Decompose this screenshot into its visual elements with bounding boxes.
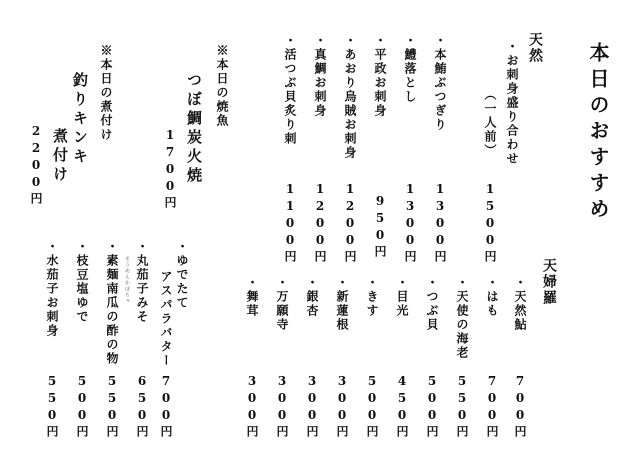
- furigana: そうめんかぼちゃ: [124, 256, 129, 304]
- menu-item-price: 550円: [106, 374, 118, 440]
- menu-item-name-2: アスパラバター: [160, 270, 172, 368]
- menu-item-price: 1300円: [434, 182, 446, 265]
- section-header-nitsuke: ※本日の煮付け: [100, 44, 112, 142]
- menu-item-price: 700円: [514, 374, 526, 440]
- menu-item-name: ・天然鮎: [514, 276, 526, 332]
- menu-item-price: 300円: [306, 374, 318, 440]
- section-header-yakizakana: ※本日の焼魚: [216, 44, 228, 128]
- menu-item-name: ・舞茸: [246, 276, 258, 318]
- menu-item-name: ・あおり烏賊お刺身: [344, 34, 356, 160]
- menu-item-price: 550円: [456, 374, 468, 440]
- menu-item-price: 1200円: [314, 182, 326, 265]
- menu-item-name: ・銀杏: [306, 276, 318, 318]
- menu-item-price: 950円: [374, 194, 386, 260]
- menu-item-price: 500円: [426, 374, 438, 440]
- menu-item-price: 500円: [76, 374, 88, 440]
- menu-item-price: 700円: [486, 374, 498, 440]
- section-header-tempura: 天婦羅: [542, 258, 556, 306]
- menu-item-name: ・真鯛お刺身: [314, 34, 326, 118]
- menu-item-name: ・平政お刺身: [374, 34, 386, 118]
- menu-item-price: 300円: [336, 374, 348, 440]
- menu-item-name: ・新蓮根: [336, 276, 348, 332]
- menu-item-price: 300円: [246, 374, 258, 440]
- menu-item-name: ・目光: [396, 276, 408, 318]
- menu-item-name: ・万願寺: [276, 276, 288, 332]
- nitsuke-name-2: 煮付け: [52, 128, 67, 185]
- menu-item-name: ・鱧落とし: [404, 34, 416, 104]
- menu-item-price: 550円: [46, 374, 58, 440]
- menu-item-name: ・枝豆塩ゆで: [76, 240, 88, 324]
- menu-item-name: ・素麺南瓜の酢の物: [106, 240, 118, 366]
- menu-item-name: ・はも: [486, 276, 498, 318]
- menu-item-price: 700円: [160, 374, 172, 440]
- menu-title: 本日のおすすめ: [588, 42, 608, 224]
- menu-item-name: ・天使の海老: [456, 276, 468, 360]
- menu-item-price: 1200円: [344, 182, 356, 265]
- menu-item-name: ・きす: [366, 276, 378, 318]
- menu-item-name: ・活つぶ貝炙り刺: [284, 34, 296, 146]
- menu-item-name: ・水茄子お刺身: [46, 240, 58, 338]
- yakizakana-price: 1700円: [164, 128, 176, 211]
- menu-item-price: 300円: [276, 374, 288, 440]
- yakizakana-name: つぼ鯛炭火焼: [186, 72, 201, 186]
- menu-item-sub: （一人前）: [484, 88, 496, 158]
- menu-item-price: 500円: [366, 374, 378, 440]
- menu-item-name: ・つぶ貝: [426, 276, 438, 332]
- menu-item-name: ・丸茄子みそ: [136, 240, 148, 324]
- menu-item-name: ・ゆでたて: [176, 240, 188, 310]
- menu-item-name: ・お刺身盛り合わせ: [506, 40, 518, 166]
- menu-item-name: ・本鮪ぶつぎり: [434, 34, 446, 132]
- menu-item-price: 650円: [136, 374, 148, 440]
- menu-item-price: 1100円: [284, 182, 296, 265]
- nitsuke-price: 2200円: [30, 124, 42, 207]
- menu-item-price: 450円: [396, 374, 408, 440]
- nitsuke-name: 釣りキンキ: [72, 72, 87, 167]
- menu-item-price: 1500円: [484, 182, 496, 265]
- menu-item-price: 1300円: [404, 182, 416, 265]
- section-header-tennen: 天然: [528, 32, 542, 64]
